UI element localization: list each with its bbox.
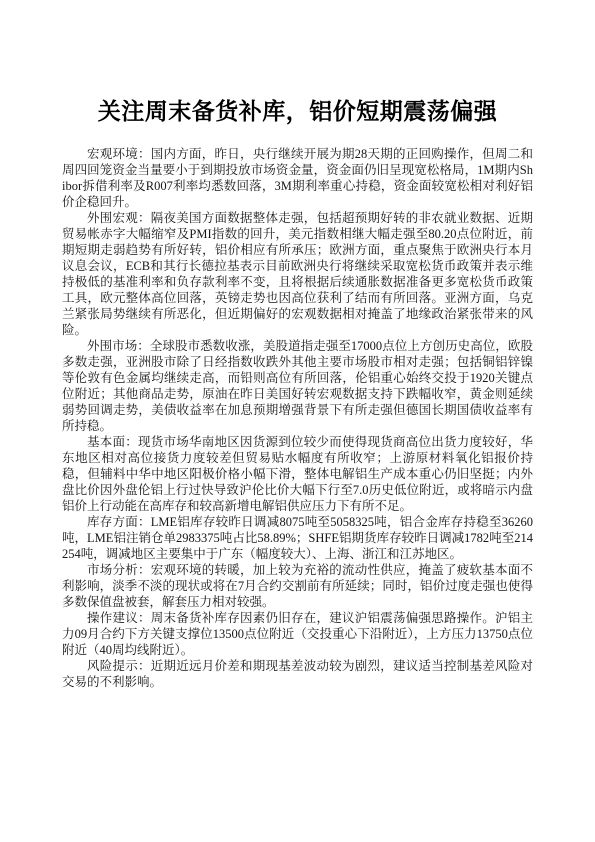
document-title: 关注周末备货补库，铝价短期震荡偏强	[62, 96, 533, 127]
paragraph-external-markets: 外围市场：全球股市悉数收涨，美股道指走强至17000点位上方创历史高位，欧股多数…	[62, 338, 533, 434]
document-page: 关注周末备货补库，铝价短期震荡偏强 宏观环境：国内方面，昨日，央行继续开展为期2…	[0, 0, 595, 842]
document-body: 宏观环境：国内方面，昨日，央行继续开展为期28天期的正回购操作，但周二和周四回笼…	[62, 146, 533, 690]
paragraph-external-macro: 外围宏观：隔夜美国方面数据整体走强，包括超预期好转的非农就业数据、近期贸易帐赤字…	[62, 210, 533, 338]
paragraph-fundamentals: 基本面：现货市场华南地区因货源到位较少而使得现货商高位出货力度较好，华东地区相对…	[62, 434, 533, 514]
paragraph-risk-warning: 风险提示：近期近远月价差和期现基差波动较为剧烈，建议适当控制基差风险对交易的不利…	[62, 658, 533, 690]
paragraph-inventory: 库存方面：LME铝库存较昨日调减8075吨至5058325吨，铝合金库存持稳至3…	[62, 514, 533, 562]
paragraph-trading-advice: 操作建议：周末备货补库存因素仍旧存在，建议沪铝震荡偏强思路操作。沪铝主力09月合…	[62, 610, 533, 658]
paragraph-macro-environment: 宏观环境：国内方面，昨日，央行继续开展为期28天期的正回购操作，但周二和周四回笼…	[62, 146, 533, 210]
paragraph-market-analysis: 市场分析：宏观环境的转暖，加上较为充裕的流动性供应，掩盖了疲软基本面不利影响，淡…	[62, 562, 533, 610]
